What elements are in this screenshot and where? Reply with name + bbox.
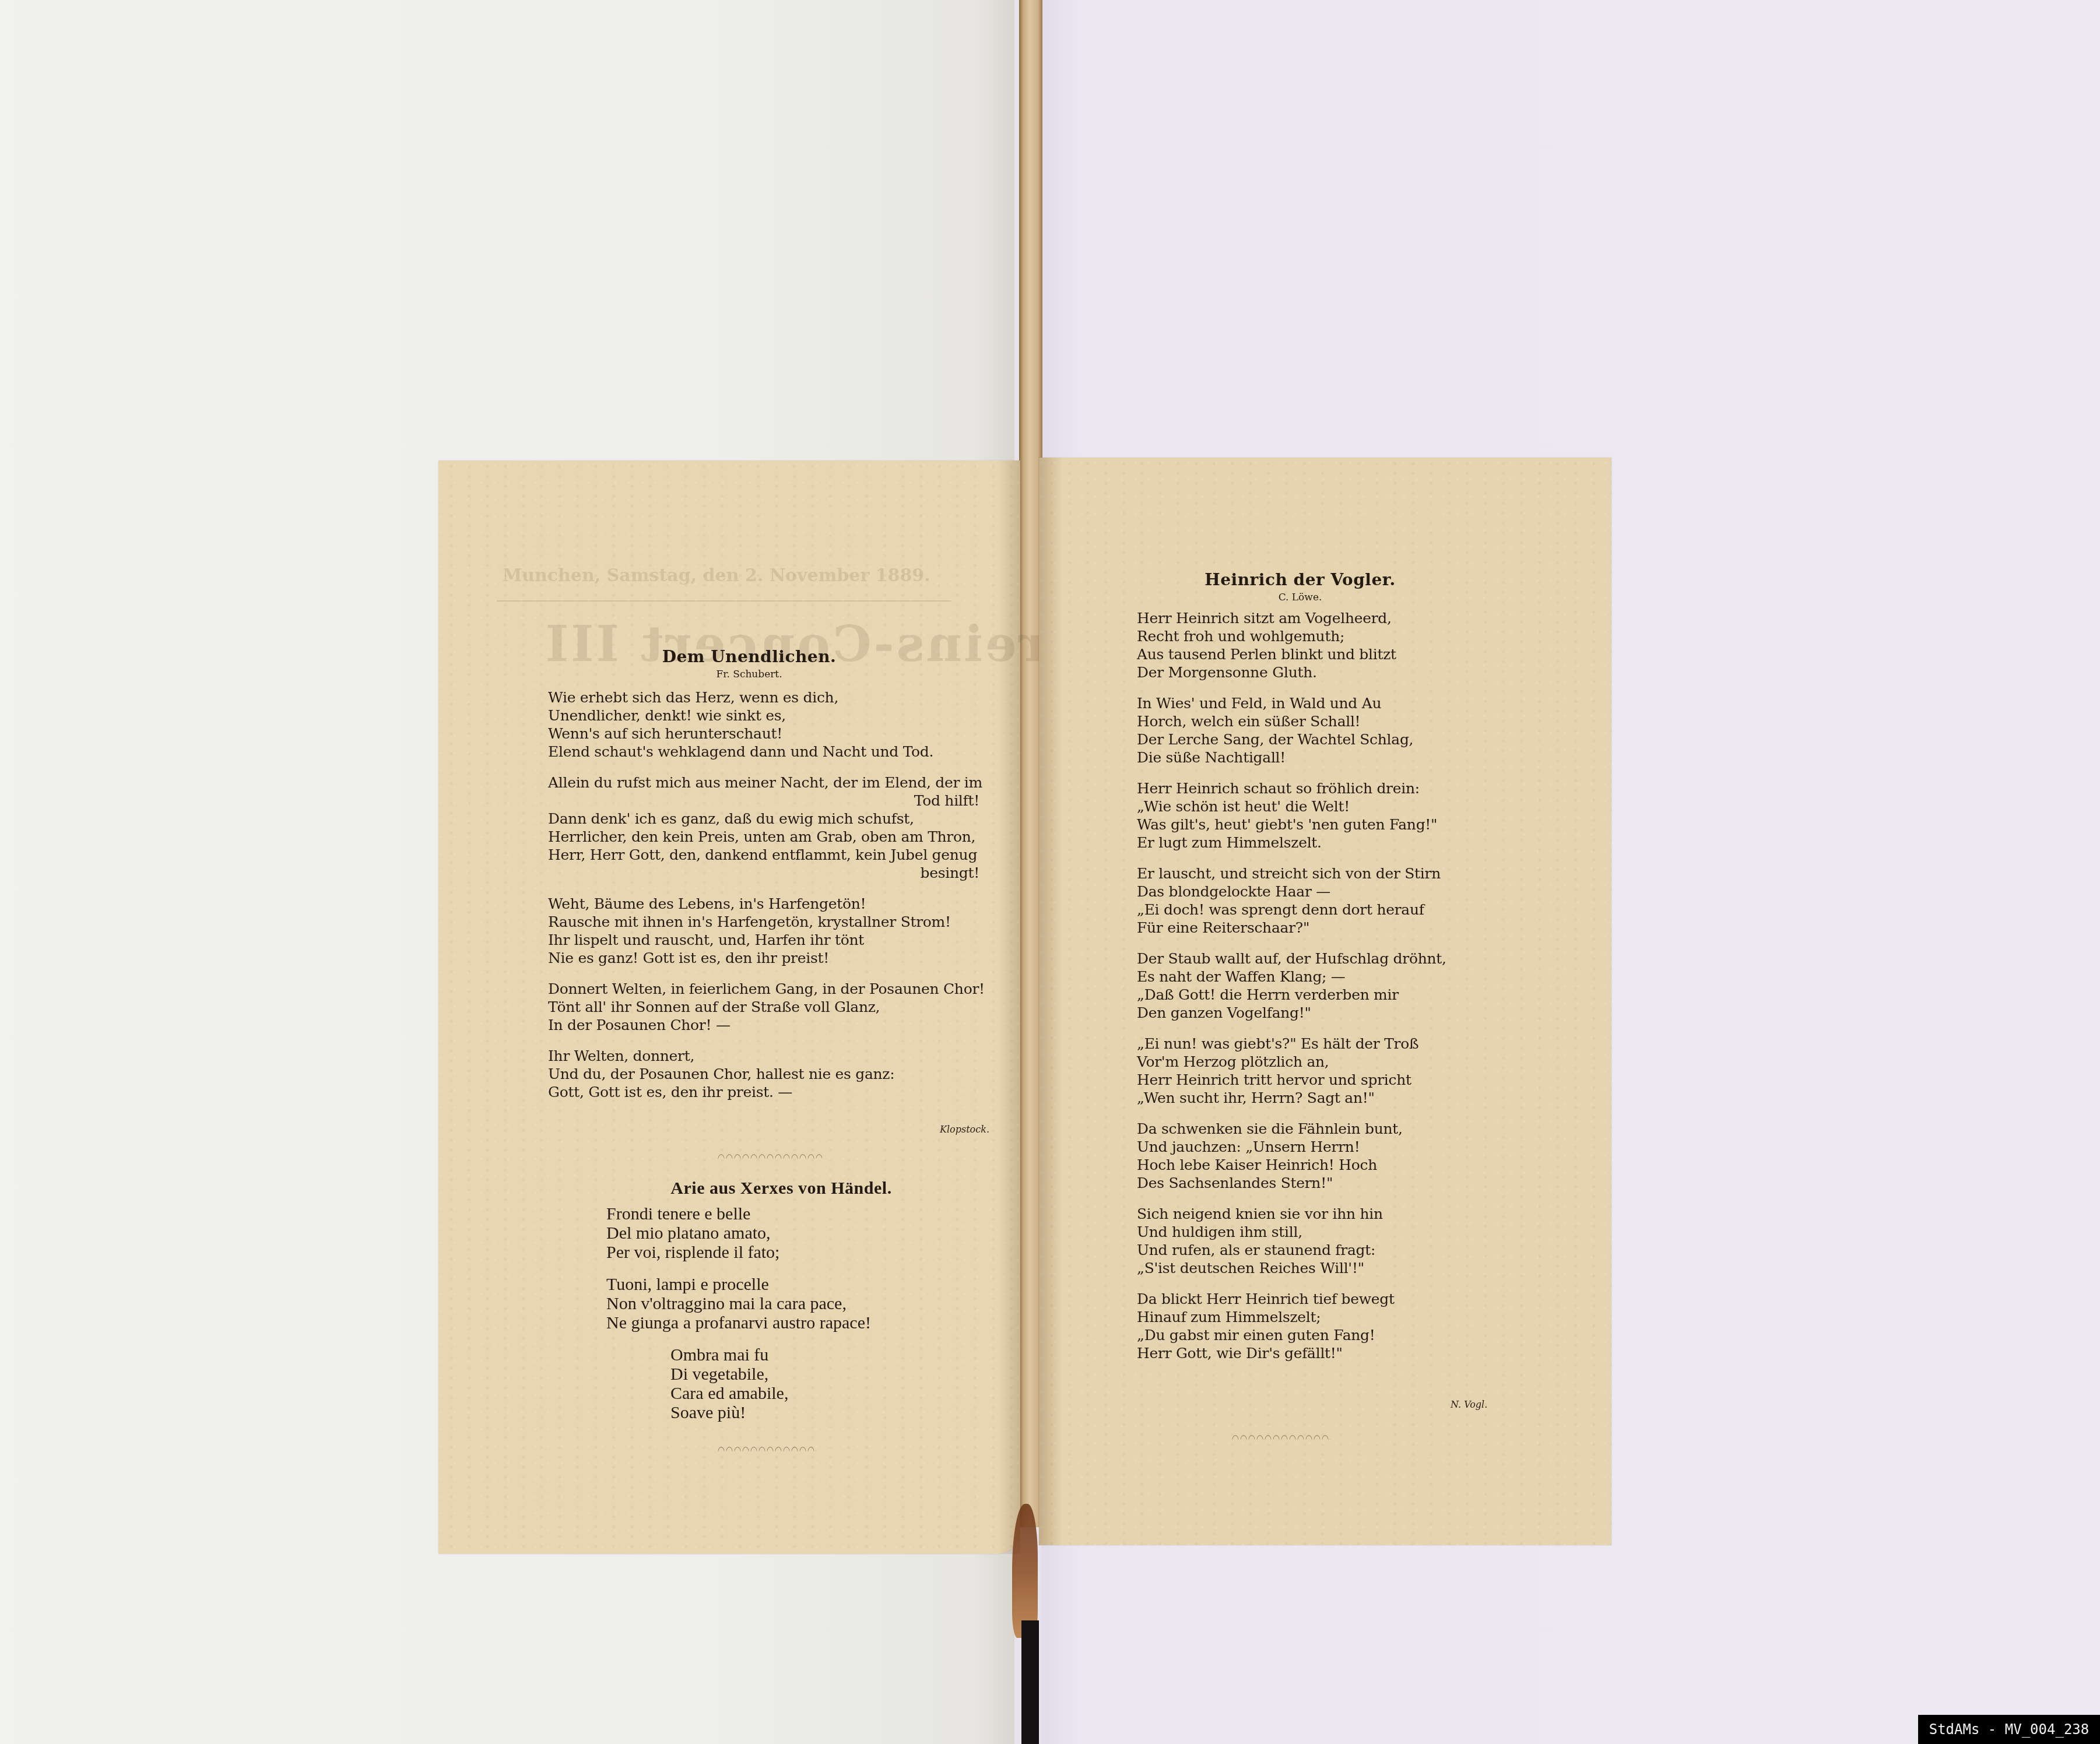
verse-line: Hinauf zum Himmelszelt; [1137, 1308, 1510, 1326]
verse-line: „Ei doch! was sprengt denn dort herauf [1137, 901, 1510, 919]
stanza: Weht, Bäume des Lebens, in's Harfengetön… [548, 895, 1003, 967]
verse-line: Herr Heinrich sitzt am Vogelheerd, [1137, 609, 1510, 627]
archive-stamp: StdAMs - MV_004_238 [1918, 1715, 2100, 1744]
stanza: Herr Heinrich schaut so fröhlich drein: … [1137, 779, 1510, 852]
spine-stain [1012, 1504, 1038, 1638]
verse-line: „S'ist deutschen Reiches Will'!" [1137, 1259, 1510, 1277]
ornamental-divider [1231, 1434, 1330, 1440]
verse-line: Und du, der Posaunen Chor, hallest nie e… [548, 1065, 1003, 1083]
verse-line: „Ei nun! was giebt's?" Es hält der Troß [1137, 1035, 1510, 1053]
verse-line: Da schwenken sie die Fähnlein bunt, [1137, 1120, 1510, 1138]
verse-line: Was gilt's, heut' giebt's 'nen guten Fan… [1137, 815, 1510, 834]
poem-title: Dem Unendlichen. [548, 647, 1003, 666]
stanza: Da schwenken sie die Fähnlein bunt, Und … [1137, 1120, 1510, 1192]
verse-line: Dann denk' ich es ganz, daß du ewig mich… [548, 810, 1003, 828]
verse-line: Und jauchzen: „Unsern Herrn! [1137, 1138, 1510, 1156]
verse-line: Soave più! [670, 1403, 979, 1422]
stanza: „Ei nun! was giebt's?" Es hält der Troß … [1137, 1035, 1510, 1107]
verse-line: Recht froh und wohlgemuth; [1137, 627, 1510, 645]
verse-line: Die süße Nachtigall! [1137, 748, 1510, 766]
poem-arie-xerxes: Arie aus Xerxes von Händel. Frondi tener… [606, 1179, 979, 1422]
verse-line: Tönt all' ihr Sonnen auf der Straße voll… [548, 998, 1003, 1016]
stanza: Er lauscht, und streicht sich von der St… [1137, 864, 1510, 937]
verse-line: Es naht der Waffen Klang; — [1137, 968, 1510, 986]
verse-line: „Wen sucht ihr, Herrn? Sagt an!" [1137, 1089, 1510, 1107]
stanza: Wie erhebt sich das Herz, wenn es dich, … [548, 688, 1003, 761]
poem-composer: Fr. Schubert. [548, 669, 1003, 680]
spine-edge [1021, 1620, 1039, 1744]
verse-line: Frondi tenere e belle [606, 1204, 979, 1223]
stanza: In Wies' und Feld, in Wald und Au Horch,… [1137, 694, 1510, 766]
verse-line: Herr Gott, wie Dir's gefällt!" [1137, 1344, 1510, 1362]
stanza: Allein du rufst mich aus meiner Nacht, d… [548, 773, 1003, 882]
verse-line: Weht, Bäume des Lebens, in's Harfengetön… [548, 895, 1003, 913]
verse-line: Rausche mit ihnen in's Harfengetön, krys… [548, 913, 1003, 931]
verse-line: Herrlicher, den kein Preis, unten am Gra… [548, 828, 1003, 846]
verse-line: Di vegetabile, [670, 1365, 979, 1384]
verse-line: Und huldigen ihm still, [1137, 1223, 1510, 1241]
verse-line: Ne giunga a profanarvi austro rapace! [606, 1313, 979, 1332]
verse-line: besingt! [548, 864, 1003, 882]
stanza: Ihr Welten, donnert, Und du, der Posaune… [548, 1047, 1003, 1101]
poem-author: N. Vogl. [1451, 1399, 1487, 1410]
stanza: Der Staub wallt auf, der Hufschlag dröhn… [1137, 950, 1510, 1022]
ornamental-divider [717, 1153, 822, 1159]
verse-line: Des Sachsenlandes Stern!" [1137, 1174, 1510, 1192]
verse-line: „Wie schön ist heut' die Welt! [1137, 797, 1510, 815]
ornamental-divider [717, 1446, 816, 1451]
poem-title: Heinrich der Vogler. [1137, 570, 1510, 589]
verse-line: Der Staub wallt auf, der Hufschlag dröhn… [1137, 950, 1510, 968]
verse-line: Der Lerche Sang, der Wachtel Schlag, [1137, 730, 1510, 748]
verse-line: Donnert Welten, in feierlichem Gang, in … [548, 980, 1003, 998]
verse-line: „Daß Gott! die Herrn verderben mir [1137, 986, 1510, 1004]
verse-line: In Wies' und Feld, in Wald und Au [1137, 694, 1510, 712]
verse-line: Herr, Herr Gott, den, dankend entflammt,… [548, 846, 1003, 864]
stanza: Sich neigend knien sie vor ihn hin Und h… [1137, 1205, 1510, 1277]
stanza: Herr Heinrich sitzt am Vogelheerd, Recht… [1137, 609, 1510, 681]
verse-line: Horch, welch ein süßer Schall! [1137, 712, 1510, 730]
verse-line: Er lauscht, und streicht sich von der St… [1137, 864, 1510, 882]
verse-line: Cara ed amabile, [670, 1384, 979, 1403]
verse-line: Wie erhebt sich das Herz, wenn es dich, [548, 688, 1003, 706]
stanza: Donnert Welten, in feierlichem Gang, in … [548, 980, 1003, 1034]
poem-dem-unendlichen: Dem Unendlichen. Fr. Schubert. Wie erheb… [548, 647, 1003, 1101]
poem-author: Klopstock. [940, 1124, 989, 1135]
verse-line: Vor'm Herzog plötzlich an, [1137, 1053, 1510, 1071]
verse-line: Für eine Reiterschaar?" [1137, 919, 1510, 937]
verse-line: In der Posaunen Chor! — [548, 1016, 1003, 1034]
poem-title: Arie aus Xerxes von Händel. [606, 1179, 979, 1198]
stanza: Tuoni, lampi e procelle Non v'oltraggino… [606, 1275, 979, 1332]
bleed-through-header: Munchen, Samstag, den 2. November 1889. [503, 565, 930, 586]
stanza: Ombra mai fu Di vegetabile, Cara ed amab… [606, 1345, 979, 1422]
verse-line: „Du gabst mir einen guten Fang! [1137, 1326, 1510, 1344]
verse-line: Nie es ganz! Gott ist es, den ihr preist… [548, 949, 1003, 967]
verse-line: Da blickt Herr Heinrich tief bewegt [1137, 1290, 1510, 1308]
verse-line: Hoch lebe Kaiser Heinrich! Hoch [1137, 1156, 1510, 1174]
verse-line: Non v'oltraggino mai la cara pace, [606, 1294, 979, 1313]
verse-line: Sich neigend knien sie vor ihn hin [1137, 1205, 1510, 1223]
verse-line: Den ganzen Vogelfang!" [1137, 1004, 1510, 1022]
verse-line: Gott, Gott ist es, den ihr preist. — [548, 1083, 1003, 1101]
poem-composer: C. Löwe. [1137, 592, 1510, 603]
poem-heinrich-der-vogler: Heinrich der Vogler. C. Löwe. Herr Heinr… [1137, 570, 1510, 1362]
gutter-shadow [1039, 458, 1062, 1545]
verse-line: Der Morgensonne Gluth. [1137, 663, 1510, 681]
verse-line: Wenn's auf sich herunterschaut! [548, 725, 1003, 743]
verse-line: Per voi, risplende il fato; [606, 1243, 979, 1262]
verse-line: Ihr Welten, donnert, [548, 1047, 1003, 1065]
verse-line: Herr Heinrich tritt hervor und spricht [1137, 1071, 1510, 1089]
verse-line: Aus tausend Perlen blinkt und blitzt [1137, 645, 1510, 663]
verse-line: Allein du rufst mich aus meiner Nacht, d… [548, 773, 1003, 792]
verse-line: Del mio platano amato, [606, 1223, 979, 1243]
verse-line: Tod hilft! [548, 792, 1003, 810]
verse-line: Und rufen, als er staunend fragt: [1137, 1241, 1510, 1259]
verse-line: Elend schaut's wehklagend dann und Nacht… [548, 743, 1003, 761]
verse-line: Unendlicher, denkt! wie sinkt es, [548, 706, 1003, 725]
bleed-through-rule [497, 600, 951, 602]
verse-line: Er lugt zum Himmelszelt. [1137, 834, 1510, 852]
verse-line: Herr Heinrich schaut so fröhlich drein: [1137, 779, 1510, 797]
verse-line: Tuoni, lampi e procelle [606, 1275, 979, 1294]
verse-line: Ihr lispelt und rauscht, und, Harfen ihr… [548, 931, 1003, 949]
verse-line: Das blondgelockte Haar — [1137, 882, 1510, 901]
verse-line: Ombra mai fu [670, 1345, 979, 1365]
stanza: Frondi tenere e belle Del mio platano am… [606, 1204, 979, 1262]
stanza: Da blickt Herr Heinrich tief bewegt Hina… [1137, 1290, 1510, 1362]
